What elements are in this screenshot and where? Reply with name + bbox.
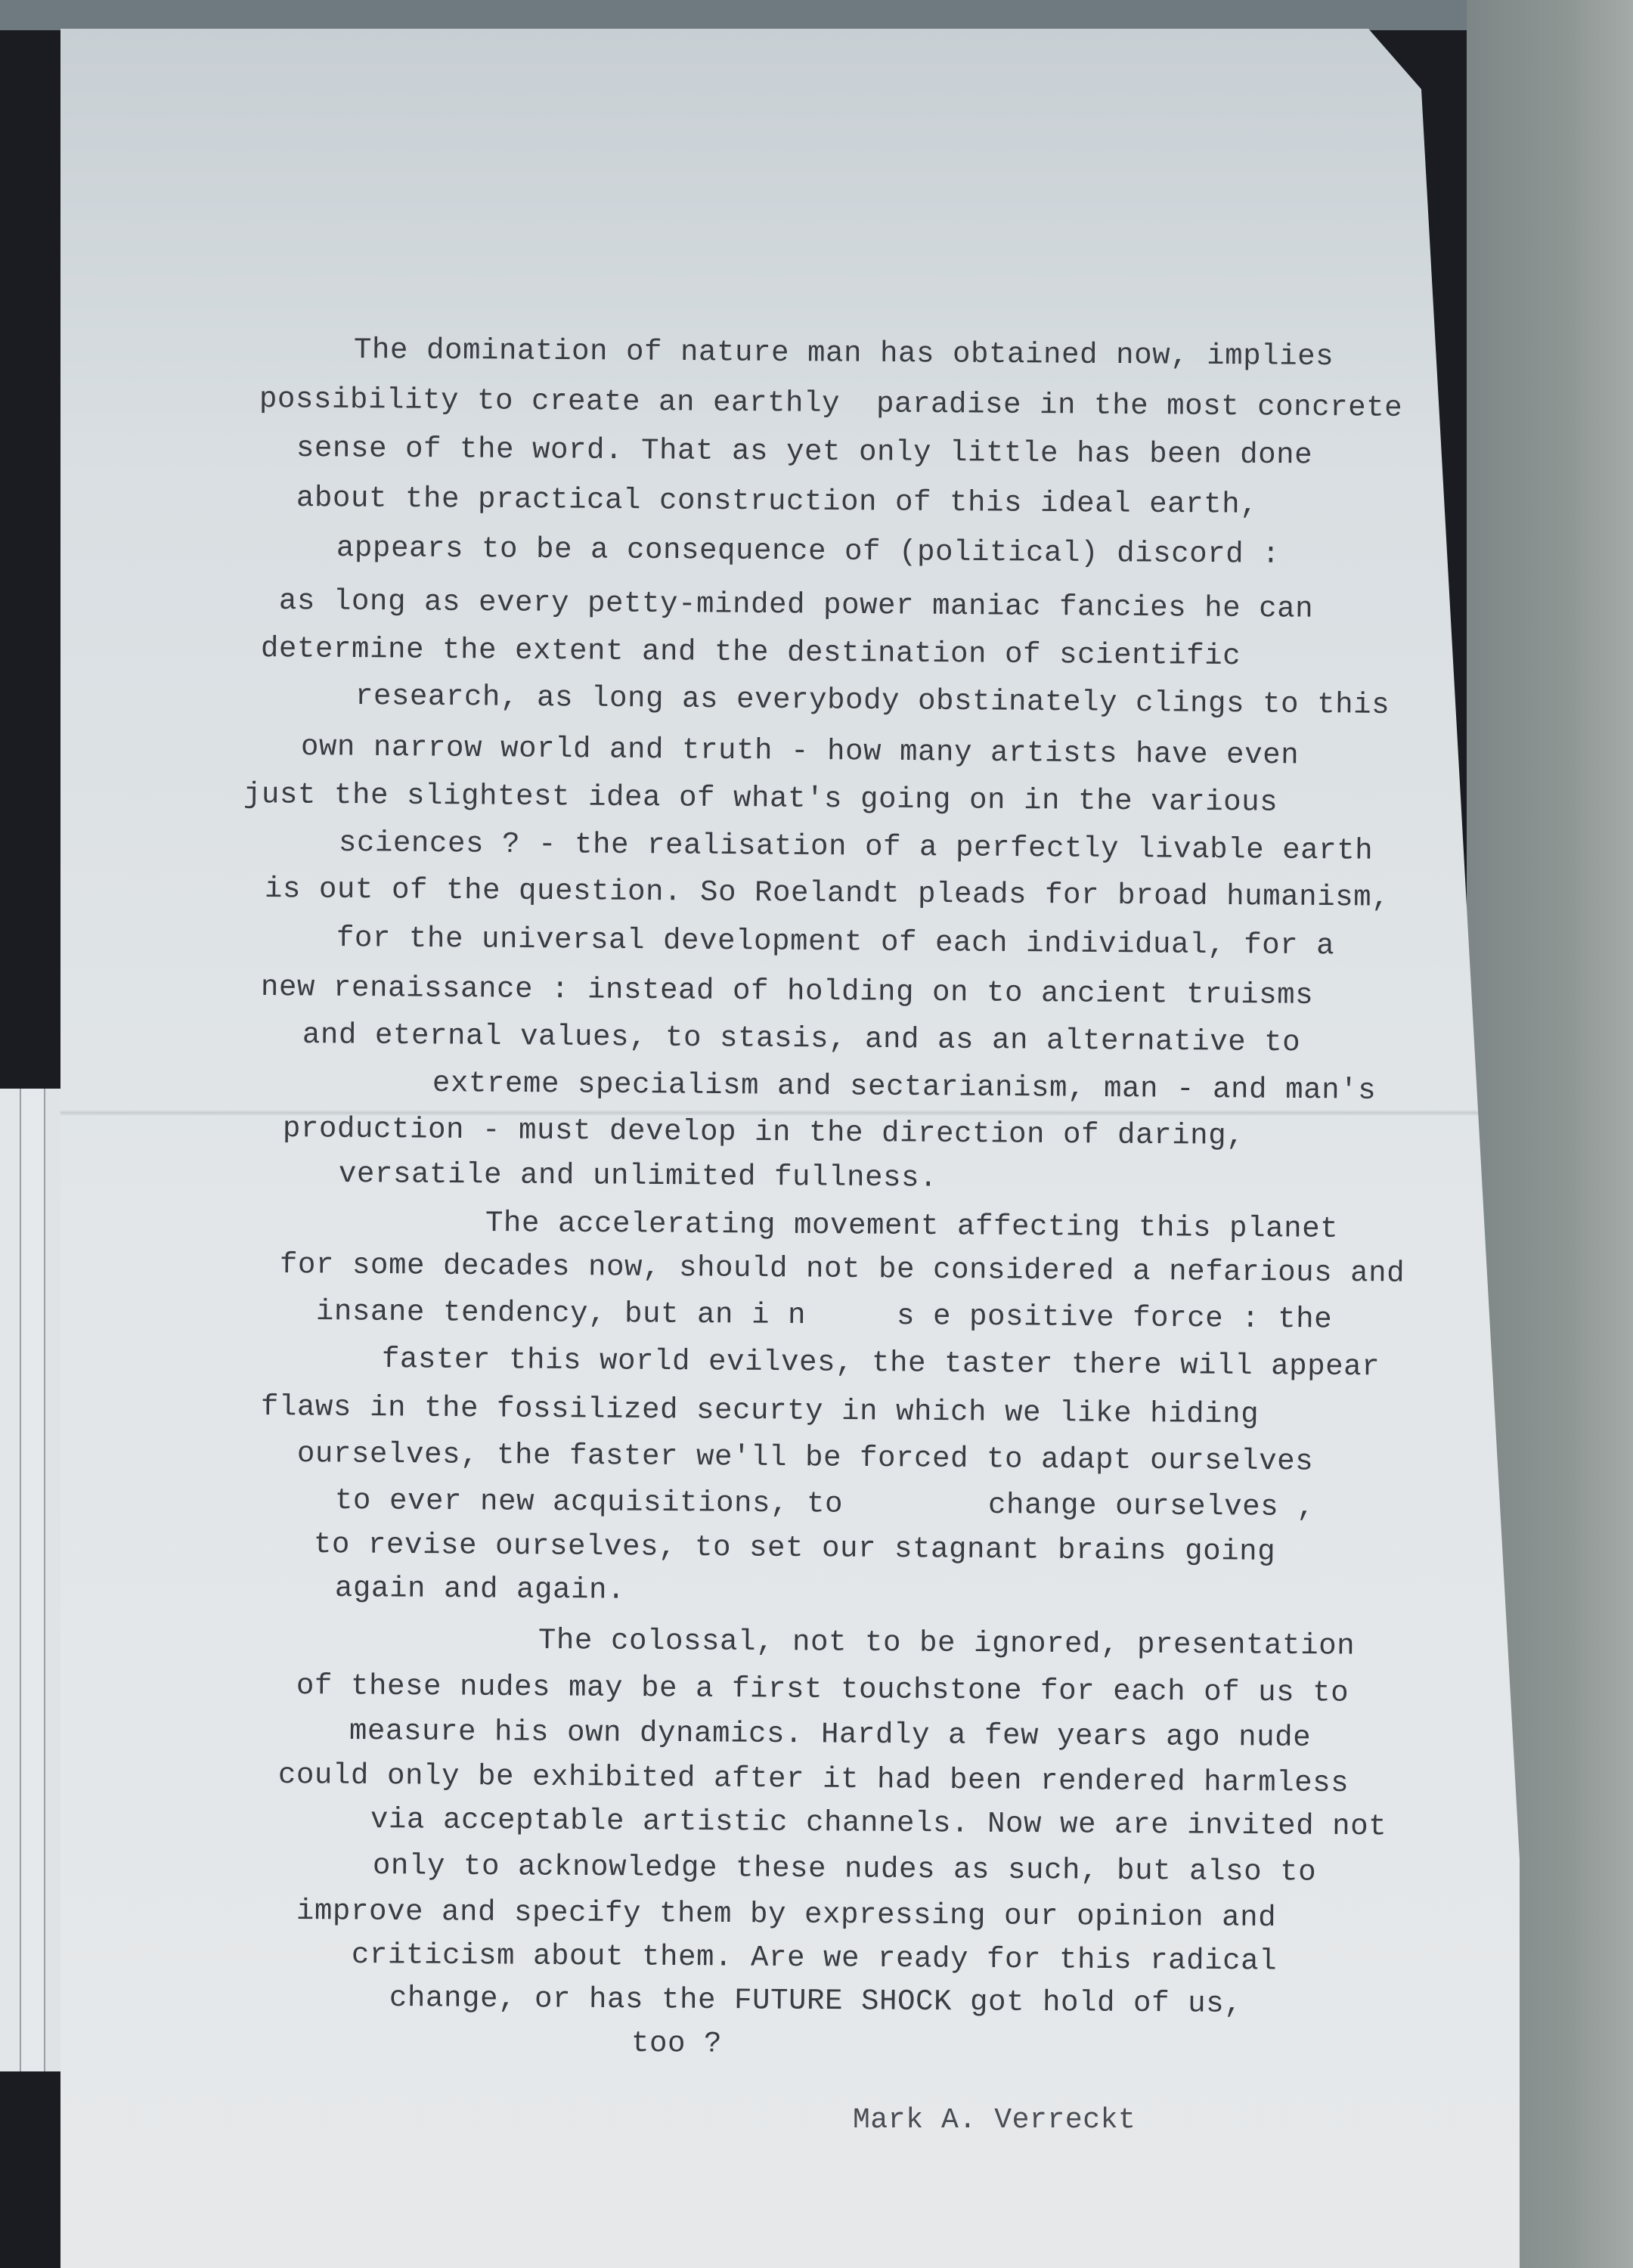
text-line: measure his own dynamics. Hardly a few y… [349,1714,1311,1755]
text-line: criticism about them. Are we ready for t… [352,1938,1277,1979]
text-line: for some decades now, should not be cons… [280,1247,1405,1291]
text-line: appears to be a consequence of (politica… [336,531,1280,572]
text-line: extreme specialism and sectarianism, man… [432,1066,1377,1108]
text-line: new renaissance : instead of holding on … [261,970,1314,1013]
text-line: flaws in the fossilized securty in which… [261,1390,1260,1432]
text-line: again and again. [335,1571,625,1608]
text-line: sciences ? - the realisation of a perfec… [339,826,1374,869]
text-line: production - must develop in the directi… [283,1111,1245,1154]
text-line: The accelerating movement affecting this… [485,1206,1338,1247]
text-line: versatile and unlimited fullness. [339,1157,937,1196]
text-line: about the practical construction of this… [296,481,1258,522]
text-line: determine the extent and the destination… [261,631,1241,674]
document-body: The domination of nature man has obtaine… [0,0,1633,2268]
text-line: as long as every petty-minded power mani… [279,584,1314,627]
text-line: to revise ourselves, to set our stagnant… [314,1527,1276,1569]
text-line: via acceptable artistic channels. Now we… [370,1802,1387,1844]
text-line: faster this world evilves, the taster th… [382,1342,1380,1384]
text-line: research, as long as everybody obstinate… [355,679,1390,723]
text-line: and eternal values, to stasis, and as an… [302,1018,1301,1060]
text-line: just the slightest idea of what's going … [243,777,1278,820]
text-line: only to acknowledge these nudes as such,… [373,1848,1316,1890]
text-line: own narrow world and truth - how many ar… [301,730,1300,773]
text-line: The colossal, not to be ignored, present… [538,1623,1355,1664]
text-line: to ever new acquisitions, to change ours… [335,1483,1315,1525]
text-line: could only be exhibited after it had bee… [278,1758,1349,1801]
text-line: possibility to create an earthly paradis… [259,382,1403,426]
text-line: is out of the question. So Roelandt plea… [265,872,1390,916]
text-line: The domination of nature man has obtaine… [354,333,1334,374]
text-line: improve and specify them by expressing o… [296,1894,1277,1935]
text-line: too ? [631,2026,722,2062]
text-line: change, or has the FUTURE SHOCK got hold… [389,1981,1242,2022]
text-line: insane tendency, but an i n s e positive… [316,1294,1333,1337]
text-line: for the universal development of each in… [336,921,1335,963]
author-signature: Mark A. Verreckt [853,2103,1136,2138]
text-line: of these nudes may be a first touchstone… [296,1668,1349,1711]
text-line: ourselves, the faster we'll be forced to… [297,1436,1314,1479]
text-line: sense of the word. That as yet only litt… [296,431,1313,472]
